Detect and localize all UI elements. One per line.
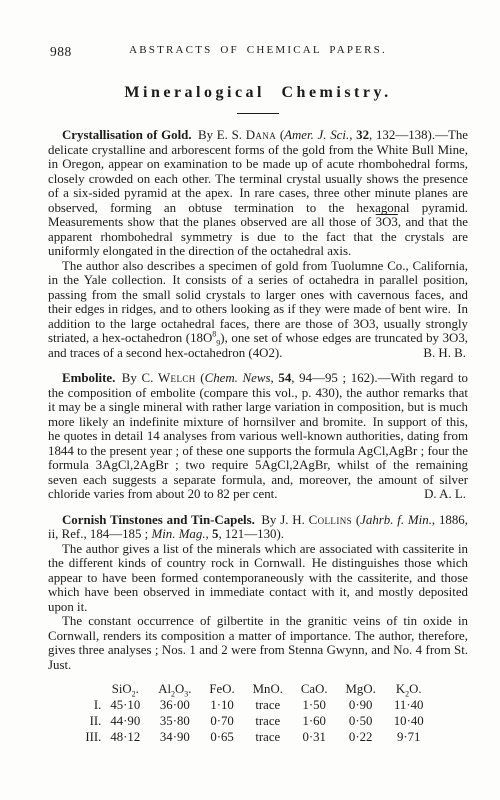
table-row: III. 48·12 34·90 0·65 trace 0·31 0·22 9·…: [83, 729, 432, 745]
table-cell: 36·00: [149, 697, 200, 713]
table-cell: 0·90: [337, 697, 385, 713]
column-header: MgO.: [337, 681, 385, 697]
column-header: FeO.: [200, 681, 243, 697]
table-cell: 48·12: [101, 729, 149, 745]
table-corner-cell: [83, 681, 101, 697]
column-header: MnO.: [244, 681, 292, 697]
table-cell: 0·22: [337, 729, 385, 745]
table-cell: trace: [244, 729, 292, 745]
table-cell: 34·90: [149, 729, 200, 745]
paragraph: Embolite. By C. Welch (Chem. News, 54, 9…: [48, 371, 468, 502]
title-divider: [237, 113, 279, 114]
table-row: I. 45·10 36·00 1·10 trace 1·50 0·90 11·4…: [83, 697, 432, 713]
section-title: Mineralogical Chemistry.: [48, 84, 468, 102]
article-cornish-tinstones: Cornish Tinstones and Tin-Capels. By J. …: [48, 513, 468, 673]
article-crystallisation-of-gold: Crystallisation of Gold. By E. S. Dana (…: [48, 128, 468, 360]
table-cell: 0·31: [292, 729, 337, 745]
table-cell: 35·80: [149, 713, 200, 729]
table-cell: 0·50: [337, 713, 385, 729]
running-head: 988 ABSTRACTS OF CHEMICAL PAPERS.: [48, 44, 468, 62]
row-label: I.: [83, 697, 101, 713]
column-header: K2O.: [385, 681, 433, 697]
table-cell: 9·71: [385, 729, 433, 745]
column-header: CaO.: [292, 681, 337, 697]
table-cell: 1·60: [292, 713, 337, 729]
paragraph: Crystallisation of Gold. By E. S. Dana (…: [48, 128, 468, 259]
row-label: III.: [83, 729, 101, 745]
analysis-table: SiO2. Al2O3. FeO. MnO. CaO. MgO. K2O. I.…: [83, 681, 432, 745]
table-cell: 44·90: [101, 713, 149, 729]
table-cell: trace: [244, 697, 292, 713]
column-header: Al2O3.: [149, 681, 200, 697]
paragraph: The author gives a list of the minerals …: [48, 542, 468, 615]
table-cell: 0·65: [200, 729, 243, 745]
paragraph: The constant occurrence of gilbertite in…: [48, 614, 468, 672]
running-head-title: ABSTRACTS OF CHEMICAL PAPERS.: [129, 44, 387, 56]
table-cell: trace: [244, 713, 292, 729]
article-embolite: Embolite. By C. Welch (Chem. News, 54, 9…: [48, 371, 468, 502]
row-label: II.: [83, 713, 101, 729]
table-row: II. 44·90 35·80 0·70 trace 1·60 0·50 10·…: [83, 713, 432, 729]
table-cell: 10·40: [385, 713, 433, 729]
table-cell: 1·50: [292, 697, 337, 713]
paragraph: Cornish Tinstones and Tin-Capels. By J. …: [48, 513, 468, 542]
table-cell: 11·40: [385, 697, 433, 713]
table-cell: 0·70: [200, 713, 243, 729]
journal-page: 988 ABSTRACTS OF CHEMICAL PAPERS. Minera…: [0, 0, 500, 800]
table-cell: 45·10: [101, 697, 149, 713]
table-cell: 1·10: [200, 697, 243, 713]
column-header: SiO2.: [101, 681, 149, 697]
page-number: 988: [50, 44, 72, 60]
paragraph: The author also describes a specimen of …: [48, 259, 468, 361]
table-header-row: SiO2. Al2O3. FeO. MnO. CaO. MgO. K2O.: [83, 681, 432, 697]
